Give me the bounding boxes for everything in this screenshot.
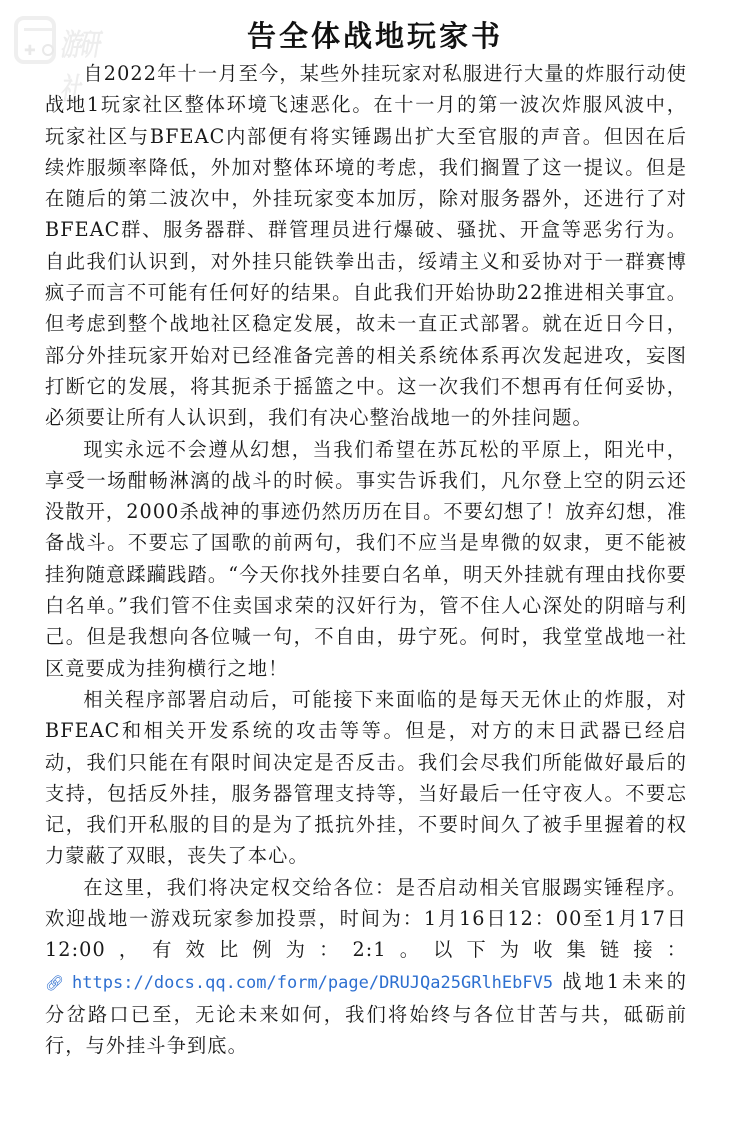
survey-link[interactable]: 🔗︎https://docs.qq.com/form/page/DRUJQa25… [45, 973, 553, 993]
paragraph-1: 自2022年十一月至今，某些外挂玩家对私服进行大量的炸服行动使战地1玩家社区整体… [45, 58, 687, 434]
document-body: 自2022年十一月至今，某些外挂玩家对私服进行大量的炸服行动使战地1玩家社区整体… [45, 58, 687, 1062]
paragraph-2: 现实永远不会遵从幻想，当我们希望在苏瓦松的平原上，阳光中，享受一场酣畅淋漓的战斗… [45, 434, 687, 684]
paragraph-4-text: 在这里，我们将决定权交给各位：是否启动相关官服踢实锤程序。欢迎战地一游戏玩家参加… [45, 876, 687, 962]
survey-link-text[interactable]: https://docs.qq.com/form/page/DRUJQa25GR… [72, 973, 553, 993]
document-title: 告全体战地玩家书 [0, 14, 750, 55]
paragraph-3: 相关程序部署启动后，可能接下来面临的是每天无休止的炸服，对BFEAC和相关开发系… [45, 684, 687, 872]
link-icon: 🔗︎ [45, 974, 66, 992]
paragraph-4: 在这里，我们将决定权交给各位：是否启动相关官服踢实锤程序。欢迎战地一游戏玩家参加… [45, 872, 687, 1062]
